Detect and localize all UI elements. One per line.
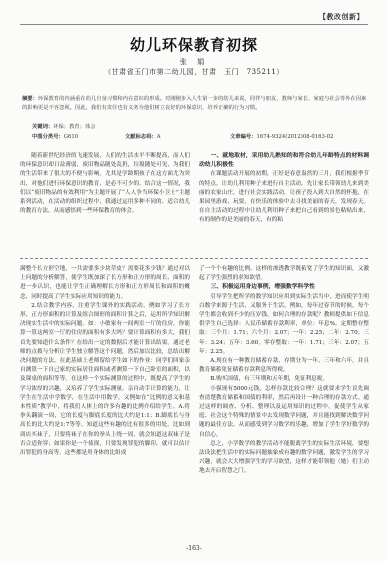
lower-left-column: 满整个长方形空地，一共需要多少块草皮？需要花多少钱？通过对以上问题的分析解答，使… bbox=[20, 265, 190, 458]
paragraph: 了一个个有趣的比例。这样的渗透教学既拓宽了学生的知识面，又激起了学生强烈的求知欲… bbox=[199, 265, 369, 283]
paragraph: 引导学生把所学的数学知识应用到实际生活当中，进而使学生明白数学来源于生活，又服务… bbox=[199, 293, 369, 357]
abstract-text: 环保教育的内涵重在幼儿自身习惯和内在意识的形成。对刚刚步入人生第一步的幼儿来说，… bbox=[22, 96, 366, 111]
article-meta: 中图分类号：G610 文献标志码：A 文章编号：1674-9324(2012)0… bbox=[32, 132, 368, 140]
page-number: -163- bbox=[0, 545, 388, 552]
keywords: 关键词：环保；教育；体会 bbox=[32, 122, 96, 130]
paragraph: B.购买国债，有三年期和五年期，免征利息税。 bbox=[199, 375, 369, 384]
paragraph: 在课题活动开展的初期，正好是春意盎然的三月，我们根据季节的特点，让幼儿利用种子来… bbox=[199, 170, 369, 225]
lower-right-column: 了一个个有趣的比例。这样的渗透教学既拓宽了学生的知识面，又激起了学生强烈的求知欲… bbox=[199, 265, 369, 477]
section-heading: 一、就地取材，采用幼儿熟知的和符合幼儿年龄特点的材料调动幼儿积极性 bbox=[199, 152, 369, 170]
article-author: 张 娟 bbox=[0, 57, 388, 67]
article-affiliation: （甘肃省玉门市第二幼儿园，甘肃 玉门 735211） bbox=[0, 67, 388, 77]
upper-right-column: 一、就地取材，采用幼儿熟知的和符合幼儿年龄特点的材料调动幼儿积极性 在课题活动开… bbox=[199, 152, 369, 226]
article-no-field: 文章编号：1674-9324(2012)08-0163-02 bbox=[230, 132, 333, 140]
clc-field: 中图分类号：G610 bbox=[32, 132, 125, 140]
doc-code-field: 文献标志码：A bbox=[125, 132, 230, 140]
article-title: 幼儿环保教育初探 bbox=[0, 34, 388, 55]
article-no-label: 文章编号： bbox=[230, 134, 257, 140]
paragraph: 满整个长方形空地，一共需要多少块草皮？需要花多少钱？通过对以上问题的分析解答，使… bbox=[20, 265, 190, 302]
doc-code-label: 文献标志码： bbox=[125, 134, 157, 140]
clc-label: 中图分类号： bbox=[32, 134, 64, 140]
paragraph: 随着新世纪经济的飞速发展，人们的生活水平不断提高，而人们的环保意识却日益薄弱，废… bbox=[20, 152, 190, 216]
doc-code-value: A bbox=[157, 134, 161, 140]
section-heading: 三、积极运用身边事例，增强数学科学性 bbox=[199, 283, 369, 292]
clc-value: G610 bbox=[64, 134, 78, 140]
paragraph: A.现在有一种教育储蓄存款，存期分为一年、三年和六年，并且教育储蓄免征储蓄存款利… bbox=[199, 357, 369, 375]
paragraph: 总之，小学数学的教学活动不能脱离学生的实际生活环境，要想法设法把生活中的实际问题… bbox=[199, 440, 369, 477]
paragraph: 小强现有5000元钱，怎样存款比较合理？这就要求学生首先调查清楚教育储蓄和国债的… bbox=[199, 385, 369, 440]
page-divider bbox=[20, 258, 368, 259]
article-no-value: 1674-9324(2012)08-0163-02 bbox=[257, 134, 334, 140]
abstract: 摘要：环保教育的内涵重在幼儿自身习惯和内在意识的形成。对刚刚步入人生第一步的幼儿… bbox=[22, 95, 368, 112]
header-rule bbox=[20, 24, 368, 25]
paragraph: 2.结合教学内容，注重学生课外的实践活动。例如学习了长方形、正方形面积的计算及组… bbox=[20, 302, 190, 458]
upper-left-column: 随着新世纪经济的飞速发展，人们的生活水平不断提高，而人们的环保意识却日益薄弱，废… bbox=[20, 152, 190, 216]
keywords-text: 环保；教育；体会 bbox=[53, 124, 95, 130]
abstract-label: 摘要： bbox=[22, 96, 38, 102]
section-tag: 【教改创新】 bbox=[319, 12, 364, 22]
keywords-label: 关键词： bbox=[32, 124, 53, 130]
